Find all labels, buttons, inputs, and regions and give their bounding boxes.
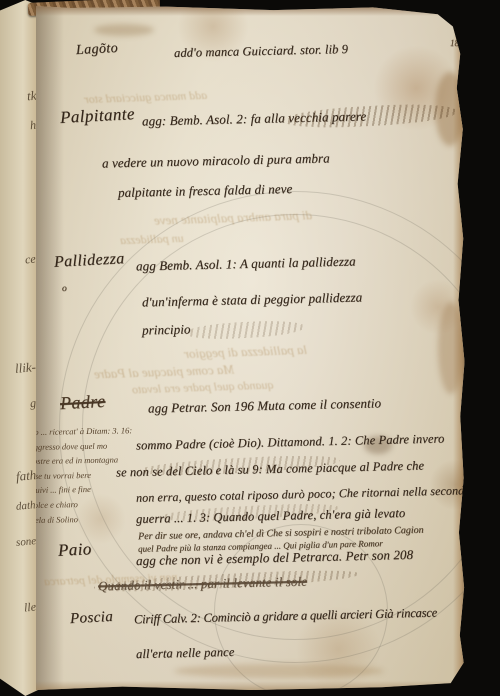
pallidezza-correction-mark: o — [62, 284, 67, 294]
facing-text-fragment: sone — [15, 535, 36, 549]
margin-note-line: Ho ... ricercat' à Ditam: 3. 16: — [28, 423, 146, 440]
bleedthrough-line: un pallidezza — [120, 231, 184, 248]
entry-pallidezza-line-3: principio — [142, 321, 191, 338]
page-number: 181 — [450, 38, 464, 48]
stain — [438, 302, 464, 394]
entry-poscia-line-2: all'erta nelle pance — [136, 645, 235, 662]
facing-text-fragment: tk — [26, 88, 37, 105]
facing-text-fragment: fath — [15, 467, 37, 485]
facing-text-fragment: llik- — [14, 359, 36, 377]
entry-headword-padre: Padre — [59, 391, 105, 414]
entry-headword-pallidezza: Pallidezza — [54, 250, 126, 272]
header-catchword: Lagõto — [76, 41, 119, 59]
manuscript-page: add manca guicciard stor di pura ambra p… — [36, 6, 468, 690]
photo-of-manuscript: tk h ce llik- g fath dath sone lle add m… — [0, 0, 500, 696]
stain — [174, 664, 384, 678]
entry-headword-poscia: Poscia — [70, 609, 114, 628]
stain — [94, 24, 154, 36]
margin-note-line: Pela di Solino — [30, 511, 148, 528]
entry-headword-palpitante: Palpitante — [60, 104, 136, 128]
facing-text-fragment: ce — [25, 252, 37, 268]
facing-text-fragment: dath — [16, 499, 37, 513]
facing-text-fragment: g — [29, 396, 36, 411]
facing-text-fragment: h — [29, 118, 36, 133]
facing-text-fragment: lle — [23, 600, 36, 616]
margin-note: Ho ... ricercat' à Ditam: 3. 16: Aggress… — [28, 423, 148, 527]
entry-headword-paio: Paio — [57, 539, 92, 561]
